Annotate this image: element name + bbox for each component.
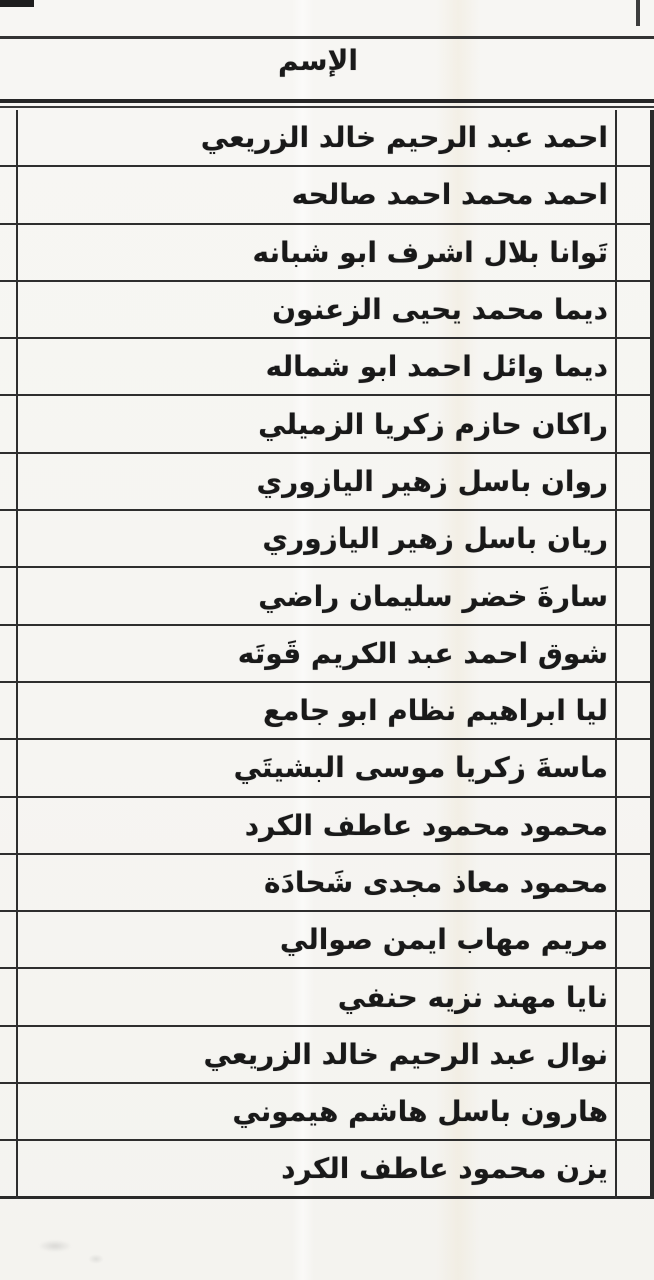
student-name: ريان باسل زهير اليازوري bbox=[262, 522, 608, 555]
cropped-row-remnant-vline bbox=[636, 0, 640, 26]
table-row: ديما وائل احمد ابو شماله bbox=[0, 339, 654, 396]
table-right-edge-line bbox=[650, 110, 654, 1199]
table-row: نايا مهند نزيه حنفي bbox=[0, 969, 654, 1026]
table-row: راكان حازم زكريا الزميلي bbox=[0, 396, 654, 453]
table-row: ليا ابراهيم نظام ابو جامع bbox=[0, 683, 654, 740]
student-name: ماسةَ زكريا موسى البشيتَي bbox=[234, 751, 608, 784]
table-row: ريان باسل زهير اليازوري bbox=[0, 511, 654, 568]
student-name: محمود معاذ مجدى شَحادَة bbox=[264, 866, 608, 899]
student-name: يزن محمود عاطف الكرد bbox=[281, 1152, 608, 1185]
scan-artifact-smudge bbox=[88, 1254, 104, 1264]
table-row: ماسةَ زكريا موسى البشيتَي bbox=[0, 740, 654, 797]
student-name: مريم مهاب ايمن صوالي bbox=[280, 923, 608, 956]
table-row: تَوانا بلال اشرف ابو شبانه bbox=[0, 225, 654, 282]
scanned-name-list-page: { "colors": { "paper": "#f6f5f2", "ink":… bbox=[0, 0, 654, 1280]
student-name: راكان حازم زكريا الزميلي bbox=[258, 408, 608, 441]
table-row: محمود محمود عاطف الكرد bbox=[0, 798, 654, 855]
student-name: هارون باسل هاشم هيموني bbox=[232, 1095, 608, 1128]
scan-artifact-smudge bbox=[38, 1240, 72, 1252]
student-name: ليا ابراهيم نظام ابو جامع bbox=[263, 694, 608, 727]
cropped-row-remnant-line bbox=[0, 0, 34, 7]
table-row: محمود معاذ مجدى شَحادَة bbox=[0, 855, 654, 912]
table-row: يزن محمود عاطف الكرد bbox=[0, 1141, 654, 1198]
student-name: نايا مهند نزيه حنفي bbox=[338, 981, 608, 1014]
header-bottom-border-outer bbox=[0, 99, 654, 103]
table-row: احمد عبد الرحيم خالد الزريعي bbox=[0, 110, 654, 167]
table-row: ديما محمد يحيى الزعنون bbox=[0, 282, 654, 339]
table-row: احمد محمد احمد صالحه bbox=[0, 167, 654, 224]
table-row: روان باسل زهير اليازوري bbox=[0, 454, 654, 511]
table-row: مريم مهاب ايمن صوالي bbox=[0, 912, 654, 969]
student-name: ديما وائل احمد ابو شماله bbox=[266, 350, 608, 383]
student-name: احمد عبد الرحيم خالد الزريعي bbox=[201, 121, 608, 154]
table-row: سارةَ خضر سليمان راضي bbox=[0, 568, 654, 625]
table-left-column-line bbox=[16, 110, 18, 1199]
student-name: سارةَ خضر سليمان راضي bbox=[258, 580, 608, 613]
header-bottom-border-inner bbox=[0, 106, 654, 108]
names-table: احمد عبد الرحيم خالد الزريعي احمد محمد ا… bbox=[0, 110, 654, 1199]
student-name: محمود محمود عاطف الكرد bbox=[245, 809, 608, 842]
table-row: هارون باسل هاشم هيموني bbox=[0, 1084, 654, 1141]
student-name: نوال عبد الرحيم خالد الزريعي bbox=[204, 1038, 608, 1071]
table-right-column-line bbox=[615, 110, 617, 1199]
student-name: احمد محمد احمد صالحه bbox=[292, 178, 608, 211]
student-name: روان باسل زهير اليازوري bbox=[256, 465, 608, 498]
table-row: شوق احمد عبد الكريم قَوتَه bbox=[0, 626, 654, 683]
header-top-border bbox=[0, 36, 654, 39]
student-name: تَوانا بلال اشرف ابو شبانه bbox=[253, 236, 608, 269]
student-name: شوق احمد عبد الكريم قَوتَه bbox=[238, 637, 608, 670]
name-column-header: الإسم bbox=[0, 44, 645, 77]
student-name: ديما محمد يحيى الزعنون bbox=[272, 293, 608, 326]
table-row: نوال عبد الرحيم خالد الزريعي bbox=[0, 1027, 654, 1084]
